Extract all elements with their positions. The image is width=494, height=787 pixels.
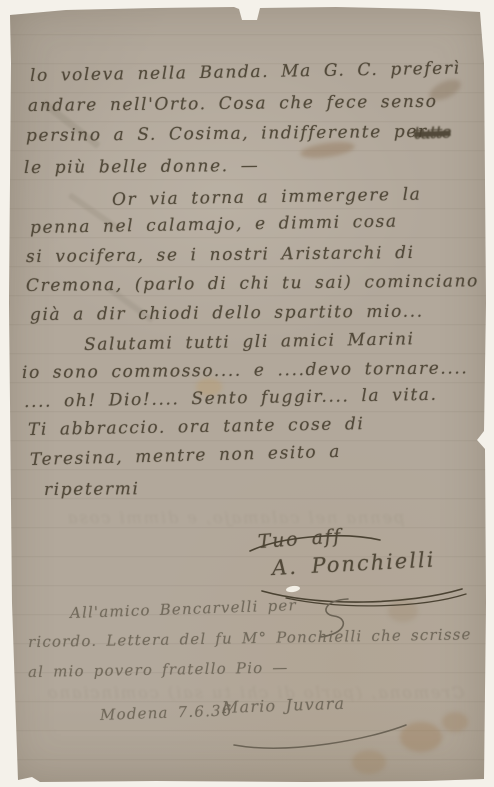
letter-line-9: già a dir chiodi dello spartito mio... <box>30 302 424 325</box>
letter-line-15: ripetermi <box>44 479 140 500</box>
letter-paper: penna nel calamajo, e dimmi cosa Cremona… <box>6 3 488 784</box>
foxing-stain <box>442 712 468 732</box>
letter-line-3: persino a S. Cosima, indifferente per <box>26 122 428 146</box>
letter-line-4: le più belle donne. — <box>24 156 260 178</box>
letter-line-2: andare nell'Orto. Cosa che fece senso <box>28 92 438 116</box>
ink-show-through: penna nel calamajo, e dimmi cosa <box>66 508 404 527</box>
juvara-flourish <box>230 719 414 755</box>
cancelled-word: tutte <box>414 123 451 144</box>
scan-background: penna nel calamajo, e dimmi cosa Cremona… <box>0 0 494 787</box>
letter-line-7: si vocifera, se i nostri Aristarchi di <box>26 243 415 267</box>
